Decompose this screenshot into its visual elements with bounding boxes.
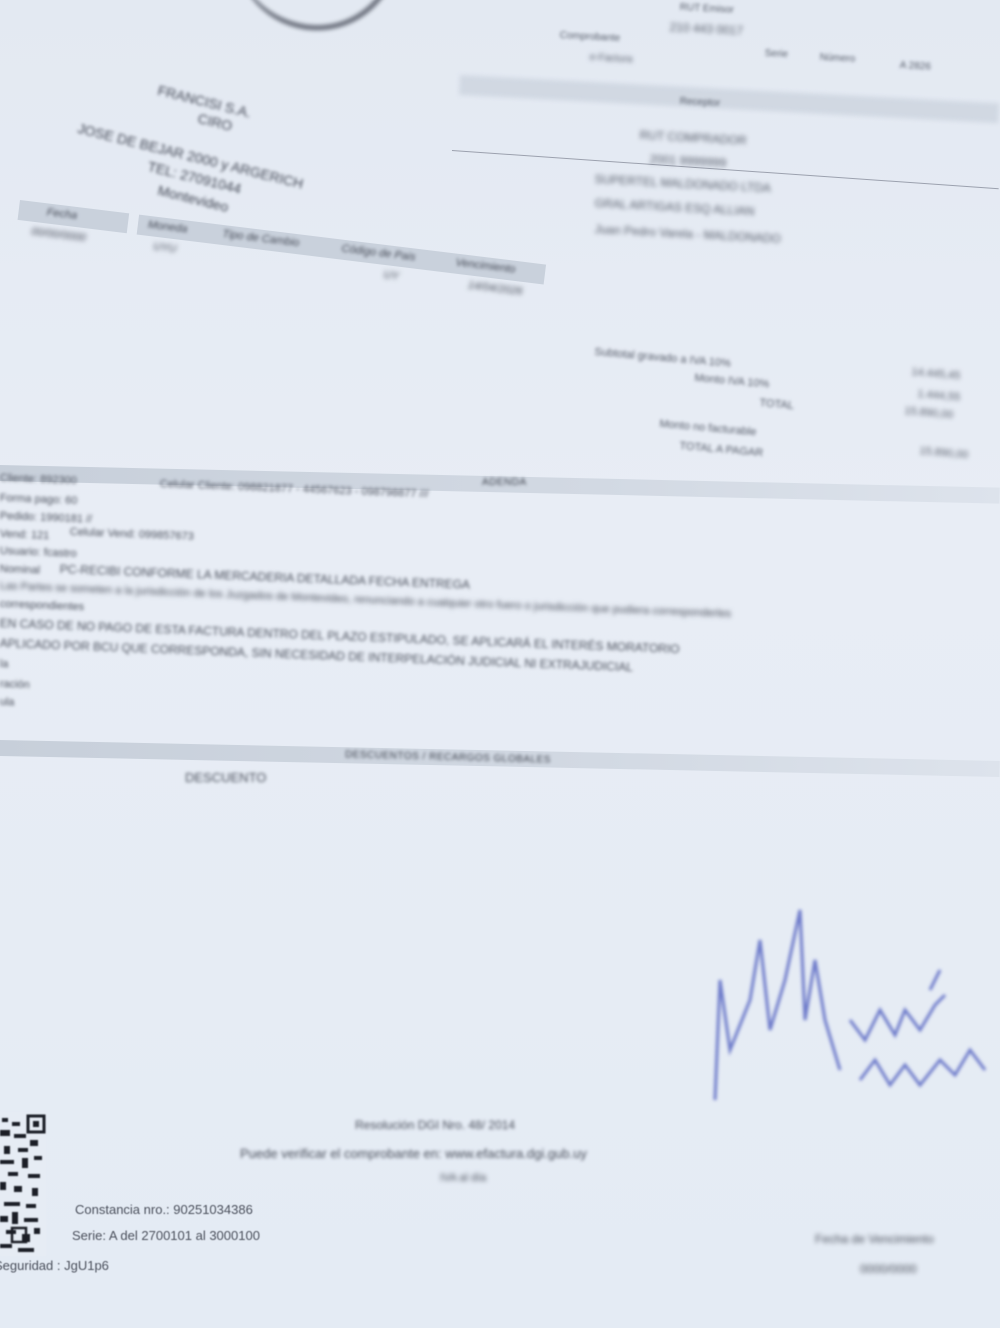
signature-icon — [690, 870, 1000, 1130]
fecha-vencimiento-value: 0000/0000 — [860, 1262, 917, 1276]
adenda-left: Forma pago: 60 — [0, 492, 78, 507]
serie-label: Serie — [764, 48, 788, 60]
qr-code-icon — [0, 1112, 46, 1256]
adenda-left: Cliente: 892300 — [0, 472, 77, 487]
codigo-seguridad: Seguridad : JgU1p6 — [0, 1258, 109, 1273]
totals-value: 14.445,45 — [911, 366, 961, 382]
adenda-left: correspondientes — [0, 598, 84, 613]
totals-label: Monto no facturable — [659, 418, 757, 438]
totals-label: TOTAL — [759, 397, 794, 412]
comprobante-label: Comprobante — [559, 30, 620, 44]
info-value: UY — [383, 269, 400, 283]
adenda-left: la — [0, 658, 9, 670]
adenda-left: Nominal — [0, 563, 40, 577]
verificar-link[interactable]: Puede verificar el comprobante en: www.e… — [240, 1146, 587, 1161]
info-table: Fecha Moneda Tipo de Cambio Código de Pa… — [10, 200, 556, 345]
totals-label: Monto IVA 10% — [694, 372, 770, 390]
descuento-item: DESCUENTO — [185, 770, 266, 785]
receptor-line: SUPERTEL MALDONADO LTDA — [594, 172, 771, 195]
comprobante-value: e-Factura — [589, 52, 632, 65]
receptor-band — [459, 75, 999, 123]
receptor-line: RUT COMPRADOR — [639, 128, 747, 148]
info-value: 00/00/0000 — [31, 226, 87, 245]
iva-al-dia: IVA al día — [440, 1172, 486, 1184]
receptor-line: GRAL ARTIGAS ESQ ALLIAN — [594, 196, 755, 218]
totals-value: 15.890,00 — [904, 405, 954, 421]
receptor-label: Receptor — [679, 96, 720, 109]
celular-vend: Celular Vend: 099857673 — [70, 526, 195, 543]
info-value: 14/04/2026 — [467, 279, 523, 298]
fecha-vencimiento-label: Fecha de Vencimiento — [815, 1232, 934, 1246]
adenda-title: ADENDA — [482, 477, 527, 488]
constancia: Constancia nro.: 90251034386 — [75, 1202, 253, 1217]
numero-value: A 2826 — [899, 60, 931, 73]
adenda-left: Vend: 121 — [0, 528, 50, 542]
receptor-line: 2001 9999999 — [649, 152, 726, 170]
adenda-left: ración — [0, 678, 30, 691]
resolucion-dgi: Resolución DGI Nro. 48/ 2014 — [355, 1118, 515, 1132]
totals-label: TOTAL A PAGAR — [679, 440, 764, 459]
rut-emisor-label: RUT Emisor — [679, 2, 734, 16]
invoice-paper: FRANCISI S.A. CIRO JOSE DE BEJAR 2000 y … — [0, 0, 1000, 1328]
info-value: UYU — [153, 241, 178, 256]
receptor-line: Juan Pedro Varela - MALDONADO — [594, 222, 781, 246]
adenda-left: ula — [0, 696, 15, 709]
serie-rango: Serie: A del 2700101 al 3000100 — [72, 1228, 260, 1243]
logo-icon — [224, 0, 401, 41]
totals-label: Subtotal gravado a IVA 10% — [594, 346, 731, 370]
numero-label: Número — [819, 52, 855, 65]
totals-value: 1.444,55 — [917, 388, 961, 404]
adenda-left: Usuario: fcastro — [0, 545, 77, 560]
adenda-left: Pedido: 1990181 // — [0, 510, 92, 526]
totals-value: 15.890,00 — [919, 445, 969, 461]
rut-emisor-value: 210 443 0017 — [669, 20, 743, 38]
